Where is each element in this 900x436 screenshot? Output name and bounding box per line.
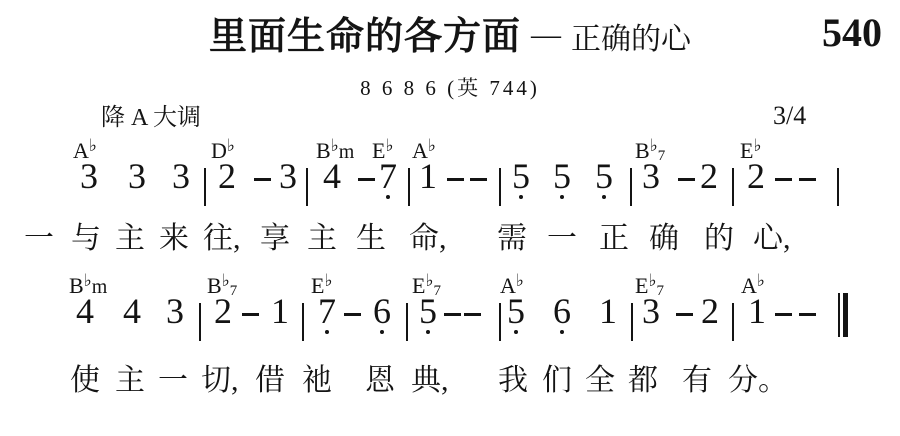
barline (306, 168, 308, 206)
note: 6 (373, 293, 391, 329)
note: E♭7 (379, 158, 397, 194)
lyric-syllable: 主 (307, 224, 337, 254)
flat-icon: ♭ (757, 271, 765, 290)
hymn-title: 里面生命的各方面—正确的心 (0, 14, 900, 62)
flat-icon: ♭ (753, 136, 761, 155)
chord-label: B♭m (316, 140, 354, 162)
title-separator: — (531, 18, 561, 51)
duration-dash (358, 178, 375, 181)
note-digit: 5 (553, 156, 571, 196)
note: 5 (553, 158, 571, 194)
lyric-syllable: 生 (356, 224, 386, 254)
barline (204, 168, 206, 206)
note: B♭73 (642, 158, 660, 194)
low-octave-dot (386, 195, 390, 199)
chord-root: A (73, 138, 89, 163)
chord-label: A♭ (500, 275, 524, 297)
note: 3 (279, 158, 297, 194)
chord-suffix: 7 (433, 283, 441, 299)
duration-dash (775, 313, 792, 316)
final-barline-thin (838, 293, 840, 337)
chord-suffix: m (339, 141, 355, 163)
note-digit: 1 (599, 291, 617, 331)
chord-root: D (211, 138, 227, 163)
chord-root: B (635, 138, 650, 163)
lyric-syllable: 与 (71, 224, 101, 254)
flat-icon: ♭ (650, 136, 658, 155)
barline (630, 168, 632, 206)
note: 3 (166, 293, 184, 329)
lyric-syllable: 恩 (365, 366, 395, 396)
low-octave-dot (560, 195, 564, 199)
lyric-syllable: 心, (753, 224, 791, 254)
chord-suffix: 7 (658, 148, 666, 164)
note: 2 (700, 158, 718, 194)
barline (732, 168, 734, 206)
low-octave-dot (325, 330, 329, 334)
barline (631, 303, 633, 341)
note-digit: 5 (595, 156, 613, 196)
note: E♭7 (318, 293, 336, 329)
lyric-syllable: 需 (497, 224, 527, 254)
title-category: 里面生命的各方面 (209, 16, 521, 58)
chord-root: E (372, 138, 385, 163)
note: A♭3 (80, 158, 98, 194)
duration-dash (464, 313, 481, 316)
duration-dash (678, 178, 695, 181)
lyric-syllable: 都 (628, 366, 658, 396)
chord-label: E♭ (372, 140, 393, 162)
chord-suffix: 7 (230, 283, 238, 299)
chord-label: B♭m (69, 275, 107, 297)
flat-icon: ♭ (331, 136, 339, 155)
low-octave-dot (602, 195, 606, 199)
flat-icon: ♭ (428, 136, 436, 155)
lyric-syllable: 享 (260, 224, 290, 254)
note: 4 (123, 293, 141, 329)
low-octave-dot (426, 330, 430, 334)
note: 2 (701, 293, 719, 329)
note: A♭1 (748, 293, 766, 329)
duration-dash (799, 313, 816, 316)
chord-root: E (412, 273, 425, 298)
lyric-syllable: 祂 (302, 366, 332, 396)
score-line: B♭m443B♭721E♭76E♭75A♭561E♭732A♭1 (0, 277, 900, 357)
note: 3 (172, 158, 190, 194)
meter-index: 8 6 8 6 (英 744) (0, 78, 900, 99)
duration-dash (470, 178, 487, 181)
note: 1 (271, 293, 289, 329)
duration-dash (775, 178, 792, 181)
note: 5 (512, 158, 530, 194)
chord-root: A (741, 273, 757, 298)
lyric-syllable: 主 (115, 224, 145, 254)
flat-icon: ♭ (516, 271, 524, 290)
note: E♭73 (642, 293, 660, 329)
lyric-syllable: 分。 (728, 366, 788, 396)
chord-root: B (207, 273, 222, 298)
verse-number: 一 (24, 224, 54, 254)
lyric-syllable: 全 (585, 366, 615, 396)
chord-root: E (635, 273, 648, 298)
note-digit: 6 (553, 291, 571, 331)
lyric-line: 一与主来往,享主生命,需一正确的心, (0, 224, 900, 264)
lyric-syllable: 确 (649, 224, 679, 254)
note-digit: 6 (373, 291, 391, 331)
duration-dash (447, 178, 464, 181)
note: B♭72 (214, 293, 232, 329)
note-digit: 2 (701, 291, 719, 331)
flat-icon: ♭ (324, 271, 332, 290)
chord-root: E (740, 138, 753, 163)
duration-dash (799, 178, 816, 181)
hymn-sheet: 540 里面生命的各方面—正确的心 8 6 8 6 (英 744) 降 A 大调… (0, 0, 900, 436)
barline (837, 168, 839, 206)
lyric-syllable: 使 (70, 366, 100, 396)
low-octave-dot (560, 330, 564, 334)
note-digit: 2 (700, 156, 718, 196)
low-octave-dot (514, 330, 518, 334)
chord-label: D♭ (211, 140, 235, 162)
chord-root: B (316, 138, 331, 163)
note: E♭2 (747, 158, 765, 194)
chord-label: E♭ (740, 140, 761, 162)
duration-dash (344, 313, 361, 316)
lyric-syllable: 一 (158, 366, 188, 396)
note-digit: 3 (128, 156, 146, 196)
duration-dash (676, 313, 693, 316)
flat-icon: ♭ (385, 136, 393, 155)
note: A♭1 (419, 158, 437, 194)
chord-root: E (311, 273, 324, 298)
duration-dash (254, 178, 271, 181)
lyric-syllable: 典, (411, 366, 449, 396)
barline (406, 303, 408, 341)
lyric-syllable: 的 (704, 224, 734, 254)
note-digit: 3 (166, 291, 184, 331)
note-digit: 3 (172, 156, 190, 196)
note: E♭75 (419, 293, 437, 329)
chord-label: B♭7 (635, 140, 665, 162)
final-barline (838, 293, 848, 337)
chord-label: E♭7 (412, 275, 441, 297)
lyric-syllable: 切, (201, 366, 239, 396)
flat-icon: ♭ (227, 136, 235, 155)
lyric-syllable: 正 (599, 224, 629, 254)
chord-suffix: 7 (656, 283, 664, 299)
lyric-syllable: 来 (159, 224, 189, 254)
note: 3 (128, 158, 146, 194)
lyric-line: 使主一切,借祂恩典,我们全都有分。 (0, 366, 900, 406)
low-octave-dot (380, 330, 384, 334)
chord-label: A♭ (741, 275, 765, 297)
lyric-syllable: 我 (498, 366, 528, 396)
lyric-syllable: 命, (409, 224, 447, 254)
chord-root: B (69, 273, 84, 298)
lyric-syllable: 往, (203, 224, 241, 254)
flat-icon: ♭ (84, 271, 92, 290)
chord-label: E♭7 (635, 275, 664, 297)
key-signature: 降 A 大调 (101, 106, 201, 130)
barline (408, 168, 410, 206)
final-barline-thick (843, 293, 848, 337)
note: D♭2 (218, 158, 236, 194)
barline (499, 168, 501, 206)
note: 5 (595, 158, 613, 194)
chord-suffix: m (92, 276, 108, 298)
flat-icon: ♭ (222, 271, 230, 290)
low-octave-dot (519, 195, 523, 199)
duration-dash (242, 313, 259, 316)
note: B♭m4 (76, 293, 94, 329)
note: A♭5 (507, 293, 525, 329)
barline (732, 303, 734, 341)
barline (499, 303, 501, 341)
lyric-syllable: 有 (682, 366, 712, 396)
score-line: A♭333D♭23B♭m4E♭7A♭1555B♭732E♭2 (0, 142, 900, 222)
chord-label: E♭ (311, 275, 332, 297)
lyric-syllable: 们 (542, 366, 572, 396)
lyric-syllable: 一 (547, 224, 577, 254)
note-digit: 1 (271, 291, 289, 331)
note-digit: 3 (279, 156, 297, 196)
note-digit: 5 (512, 156, 530, 196)
note-digit: 4 (123, 291, 141, 331)
note: B♭m4 (323, 158, 341, 194)
barline (302, 303, 304, 341)
chord-root: A (500, 273, 516, 298)
note: 6 (553, 293, 571, 329)
barline (199, 303, 201, 341)
lyric-syllable: 借 (255, 366, 285, 396)
chord-label: A♭ (412, 140, 436, 162)
note: 1 (599, 293, 617, 329)
title-subject: 正确的心 (571, 23, 691, 56)
chord-root: A (412, 138, 428, 163)
time-signature: 3/4 (773, 103, 806, 129)
chord-label: B♭7 (207, 275, 237, 297)
flat-icon: ♭ (89, 136, 97, 155)
lyric-syllable: 主 (115, 366, 145, 396)
duration-dash (444, 313, 461, 316)
chord-label: A♭ (73, 140, 97, 162)
